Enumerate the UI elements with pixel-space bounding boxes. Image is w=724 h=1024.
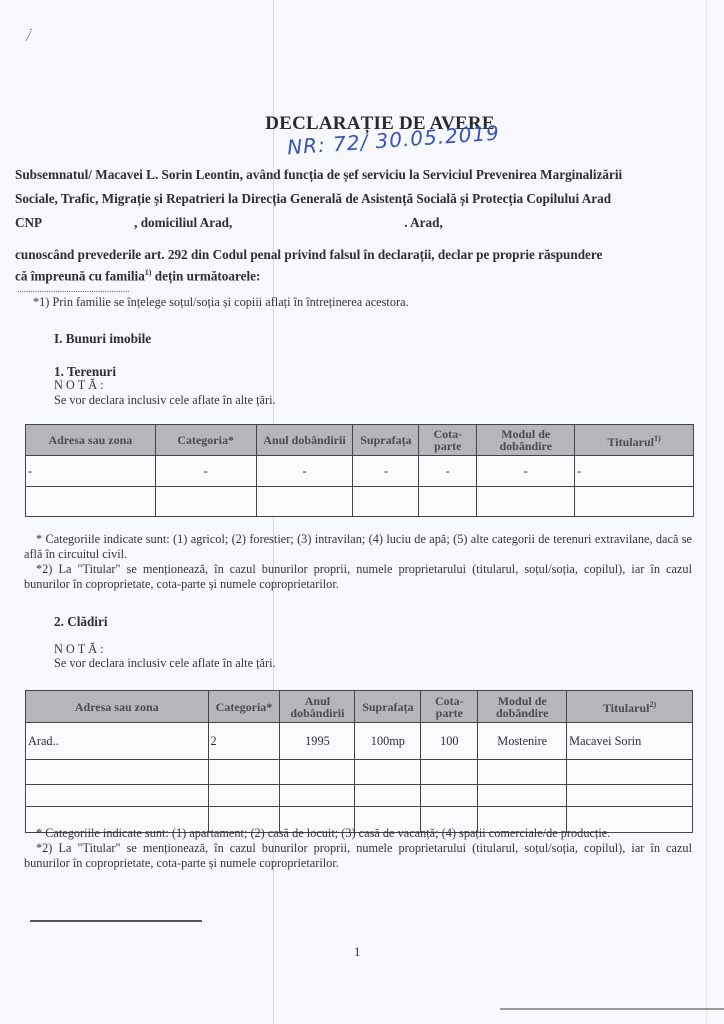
table-cell [421, 785, 478, 807]
table-row [26, 760, 693, 785]
table-header-row: Adresa sau zonaCategoria*Anul dobândirii… [26, 691, 693, 723]
table-cell: 1995 [280, 723, 355, 760]
scan-artifact-line [500, 1008, 724, 1010]
table-cell [575, 487, 694, 517]
table-cell: - [155, 456, 256, 487]
cladiri-table: Adresa sau zonaCategoria*Anul dobândirii… [25, 690, 693, 833]
column-header: Adresa sau zona [26, 425, 156, 456]
table-cell: 100mp [355, 723, 421, 760]
statement-text-end: dețin următoarele: [151, 268, 260, 283]
note-categories: * Categoriile indicate sunt: (1) apartam… [24, 826, 692, 841]
table-cell [208, 785, 280, 807]
column-header: Cota-parte [419, 425, 477, 456]
table-cell [355, 760, 421, 785]
scan-edge [706, 0, 707, 1024]
table-cell [567, 760, 693, 785]
table-cell: - [419, 456, 477, 487]
table-cell: Mostenire [478, 723, 567, 760]
table-cell [280, 760, 355, 785]
table-cell: - [26, 456, 156, 487]
cnp-label: CNP [15, 215, 42, 230]
footnote-family: *1) Prin familie se înțelege soțul/soția… [33, 295, 409, 310]
intro-line-2: Sociale, Trafic, Migrație și Repatrieri … [15, 187, 715, 211]
table-cell [353, 487, 419, 517]
column-header: Suprafața [355, 691, 421, 723]
column-header: Categoria* [208, 691, 280, 723]
table-cell [208, 760, 280, 785]
domicile-label: , domiciliul Arad, [134, 215, 232, 230]
nota-text: Se vor declara inclusiv cele aflate în a… [54, 656, 276, 671]
terenuri-table: Adresa sau zonaCategoria*Anul dobândirii… [25, 424, 694, 517]
footnote-ref: 1) [654, 434, 661, 443]
declarant-intro: Subsemnatul/ Macavei L. Sorin Leontin, a… [15, 163, 715, 235]
column-header: Anul dobândirii [256, 425, 353, 456]
note-titular: *2) La "Titular" se menționează, în cazu… [24, 562, 692, 592]
table-cell [419, 487, 477, 517]
table-cell: - [477, 456, 575, 487]
table-cell: Macavei Sorin [567, 723, 693, 760]
column-header: Titularul2) [567, 691, 693, 723]
table-row: ------- [26, 456, 694, 487]
table-cell: - [353, 456, 419, 487]
table-cell [26, 487, 156, 517]
declaration-statement: cunoscând prevederile art. 292 din Codul… [15, 246, 715, 285]
footnote-ref: 2) [649, 700, 656, 709]
table-cell: Arad.. [26, 723, 209, 760]
subsection-heading-cladiri: 2. Clădiri [54, 614, 107, 630]
terenuri-notes: * Categoriile indicate sunt: (1) agricol… [24, 532, 692, 592]
nota-label: NOTĂ: [54, 642, 107, 657]
table-row [26, 487, 694, 517]
section-heading-bunuri-imobile: I. Bunuri imobile [54, 331, 151, 347]
nota-text: Se vor declara inclusiv cele aflate în a… [54, 393, 276, 408]
table-cell: - [256, 456, 353, 487]
nota-label: NOTĂ: [54, 378, 107, 393]
table-row [26, 785, 693, 807]
table-header-row: Adresa sau zonaCategoria*Anul dobândirii… [26, 425, 694, 456]
table-cell: 2 [208, 723, 280, 760]
table-cell [421, 760, 478, 785]
table-cell [155, 487, 256, 517]
table-row: Arad..21995100mp100MostenireMacavei Sori… [26, 723, 693, 760]
page-number: 1 [354, 944, 361, 960]
column-header: Cota-parte [421, 691, 478, 723]
column-header: Suprafața [353, 425, 419, 456]
column-header: Adresa sau zona [26, 691, 209, 723]
table-cell [26, 760, 209, 785]
intro-line-3: CNP, domiciliul Arad,. Arad, [15, 211, 715, 235]
table-cell [478, 785, 567, 807]
table-cell [355, 785, 421, 807]
column-header: Titularul1) [575, 425, 694, 456]
table-cell: - [575, 456, 694, 487]
column-header: Modul de dobândire [478, 691, 567, 723]
cladiri-notes: * Categoriile indicate sunt: (1) apartam… [24, 826, 692, 871]
column-header: Categoria* [155, 425, 256, 456]
pencil-mark-icon [24, 28, 34, 42]
statement-text: că împreună cu familia [15, 268, 145, 283]
footnote-separator [30, 920, 202, 922]
table-cell [567, 785, 693, 807]
table-cell [26, 785, 209, 807]
separator-dots: ........................................… [17, 284, 130, 294]
table-cell [478, 760, 567, 785]
table-cell [477, 487, 575, 517]
statement-line-1: cunoscând prevederile art. 292 din Codul… [15, 246, 715, 264]
statement-line-2: că împreună cu familia1) dețin următoare… [15, 264, 715, 285]
note-titular: *2) La "Titular" se menționează, în cazu… [24, 841, 692, 871]
table-cell [280, 785, 355, 807]
note-categories: * Categoriile indicate sunt: (1) agricol… [24, 532, 692, 562]
intro-line-1: Subsemnatul/ Macavei L. Sorin Leontin, a… [15, 163, 715, 187]
column-header: Modul de dobândire [477, 425, 575, 456]
table-cell: 100 [421, 723, 478, 760]
column-header: Anul dobândirii [280, 691, 355, 723]
domicile-city: . Arad, [404, 215, 442, 230]
table-cell [256, 487, 353, 517]
